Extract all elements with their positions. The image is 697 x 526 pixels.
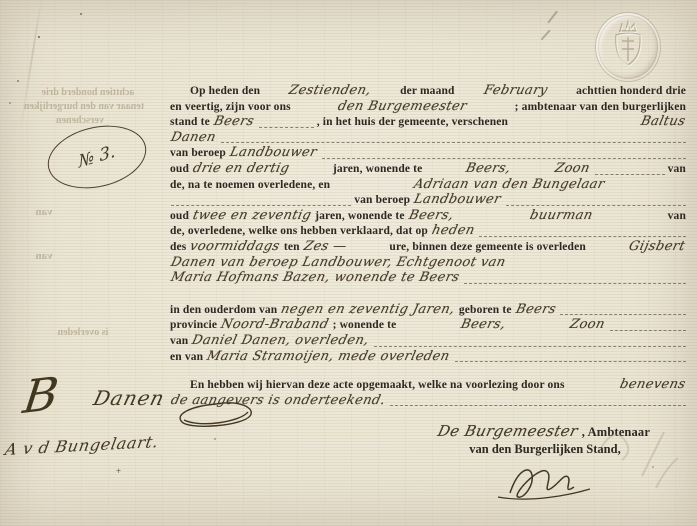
printed-text: stand te bbox=[170, 116, 210, 128]
printed-text: van bbox=[668, 163, 686, 175]
printed-text: van beroep bbox=[354, 194, 410, 206]
act-line: en veertig, zijn voor onsden Burgemeeste… bbox=[170, 99, 689, 115]
pencil-mark bbox=[547, 10, 557, 23]
bleedthrough-text: van bbox=[24, 250, 64, 263]
act-line: in den ouderdom vannegen en zeventig Jar… bbox=[170, 302, 689, 318]
fill-rule bbox=[506, 194, 686, 206]
act-line: van beroepLandbouwer bbox=[170, 145, 689, 161]
bleedthrough-text: verschenen bbox=[20, 114, 140, 127]
handwritten-text: Landbouwer bbox=[228, 145, 318, 161]
handwritten-text: Zoon bbox=[553, 161, 591, 177]
printed-text: En hebben wij hiervan deze acte opgemaak… bbox=[190, 379, 565, 391]
fill-rule bbox=[464, 272, 686, 284]
bleedthrough-text: is overleden bbox=[18, 326, 148, 339]
fill-rule bbox=[259, 116, 314, 128]
printed-text: de, na te noemen overledene, en bbox=[170, 179, 330, 191]
printed-text: van bbox=[668, 210, 686, 222]
embossed-crown-seal bbox=[596, 13, 660, 81]
handwritten-text: February bbox=[482, 83, 549, 99]
handwritten-text: Beers bbox=[212, 114, 255, 130]
printed-text: ; ambtenaar van den burgerlijken bbox=[515, 101, 686, 113]
printed-text: in den ouderdom van bbox=[170, 304, 277, 316]
fill-rule bbox=[322, 147, 686, 159]
printed-text: provincie bbox=[170, 319, 217, 331]
handwritten-text: Maria Stramoijen, mede overleden bbox=[205, 349, 451, 365]
fill-rule bbox=[595, 163, 665, 175]
handwritten-text: Danen bbox=[169, 130, 217, 146]
printed-text: der maand bbox=[400, 85, 455, 97]
handwritten-text: Adriaan van den Bungelaar bbox=[413, 177, 607, 193]
handwritten-text: den Burgemeester bbox=[337, 99, 469, 115]
handwritten-text: Baltus bbox=[639, 114, 687, 130]
act-line: Maria Hofmans Bazen, wonende te Beers bbox=[170, 270, 689, 286]
act-line: Op heden denZestienden,der maandFebruary… bbox=[170, 83, 689, 99]
handwritten-text: Noord-Braband bbox=[219, 317, 330, 333]
bleedthrough-scribbles bbox=[582, 410, 692, 506]
signature-declarant-1-initial: B bbox=[20, 366, 61, 424]
act-number: № 3. bbox=[78, 141, 116, 172]
fill-rule bbox=[479, 225, 686, 237]
handwritten-text: Zes — bbox=[302, 239, 348, 255]
act-body: Op heden denZestienden,der maandFebruary… bbox=[170, 83, 689, 408]
handwritten-text: negen en zeventig Jaren, bbox=[280, 302, 457, 318]
printed-text: ten bbox=[284, 241, 300, 253]
ink-mark: + bbox=[116, 466, 121, 476]
paper-specks bbox=[38, 36, 40, 38]
act-line: vanDaniel Danen, overleden, bbox=[170, 333, 689, 349]
handwritten-text: voormiddags bbox=[189, 239, 282, 255]
fill-rule bbox=[171, 194, 351, 206]
printed-text: , in het huis der gemeente, verschenen bbox=[317, 116, 508, 128]
act-line: en vanMaria Stramoijen, mede overleden bbox=[170, 349, 689, 365]
paraph-flourish bbox=[170, 398, 262, 432]
handwritten-text: Beers, bbox=[407, 208, 455, 224]
handwritten-text: Zoon bbox=[568, 317, 606, 333]
act-line: ouddrie en dertigjaren, wonende teBeers,… bbox=[170, 161, 689, 177]
handwritten-text: Zestienden, bbox=[287, 83, 372, 99]
fill-rule bbox=[390, 394, 686, 406]
handwritten-text: Landbouwer bbox=[412, 192, 502, 208]
fill-rule bbox=[374, 335, 686, 347]
handwritten-text: heden bbox=[430, 223, 476, 239]
printed-text: jaren, wonende te bbox=[315, 210, 405, 222]
signature-declarant-2: A v d Bungelaart. bbox=[3, 432, 160, 459]
handwritten-text: Danen van beroep Landbouwer, Echtgenoot … bbox=[169, 255, 507, 271]
printed-text: achttien honderd drie bbox=[576, 85, 686, 97]
bleedthrough-text: tenaar van den burgerlijken bbox=[6, 100, 162, 113]
act-line: En hebben wij hiervan deze acte opgemaak… bbox=[170, 377, 689, 393]
printed-text: en veertig, zijn voor ons bbox=[170, 101, 291, 113]
act-line: de, na te noemen overledene, enAdriaan v… bbox=[170, 177, 689, 193]
act-line: desvoormiddagstenZes —ure, binnen deze g… bbox=[170, 239, 689, 255]
handwritten-text: buurman bbox=[528, 208, 594, 224]
handwritten-text: Beers bbox=[514, 302, 557, 318]
printed-text: ; wonende te bbox=[333, 319, 397, 331]
printed-text: en van bbox=[170, 351, 203, 363]
handwritten-text: Gijsbert bbox=[627, 239, 687, 255]
printed-text: oud bbox=[170, 210, 189, 222]
pencil-mark bbox=[541, 29, 551, 40]
printed-text: Op heden den bbox=[190, 85, 260, 97]
death-certificate-page: achttien honderd drie tenaar van den bur… bbox=[0, 0, 697, 526]
crown-shield-emblem bbox=[604, 19, 652, 75]
bleedthrough-text: achttien honderd drie bbox=[14, 86, 162, 99]
printed-text: geboren te bbox=[459, 304, 512, 316]
printed-text: ure, binnen deze gemeente is overleden bbox=[389, 241, 585, 253]
handwritten-text: twee en zeventig bbox=[191, 208, 313, 224]
act-line: stand teBeers, in het huis der gemeente,… bbox=[170, 114, 689, 130]
act-line: Danen van beroep Landbouwer, Echtgenoot … bbox=[170, 255, 689, 271]
handwritten-text: Daniel Danen, overleden, bbox=[191, 333, 371, 349]
act-line: de, overledene, welke ons hebben verklaa… bbox=[170, 223, 689, 239]
handwritten-text: benevens bbox=[618, 377, 687, 393]
fill-rule bbox=[560, 303, 686, 315]
printed-text: des bbox=[170, 241, 186, 253]
act-line: oudtwee en zeventigjaren, wonende teBeer… bbox=[170, 208, 689, 224]
handwritten-text: Beers, bbox=[464, 161, 512, 177]
printed-text: oud bbox=[170, 163, 189, 175]
handwritten-text: drie en dertig bbox=[191, 161, 291, 177]
fill-rule bbox=[221, 131, 686, 143]
fill-rule bbox=[455, 350, 686, 362]
act-number-oval: № 3. bbox=[42, 117, 153, 198]
act-line: provincieNoord-Braband; wonende teBeers,… bbox=[170, 317, 689, 333]
burgemeester-handwritten: De Burgemeester bbox=[436, 422, 580, 440]
act-line: Danen bbox=[170, 130, 689, 146]
printed-text: van bbox=[170, 335, 188, 347]
handwritten-text: Maria Hofmans Bazen, wonende te Beers bbox=[169, 270, 461, 286]
printed-text: de, overledene, welke ons hebben verklaa… bbox=[170, 225, 428, 237]
signature-declarant-1-name: Danen bbox=[91, 386, 168, 410]
bleedthrough-text: van bbox=[24, 206, 64, 219]
fill-rule bbox=[610, 319, 686, 331]
handwritten-text: Beers, bbox=[459, 317, 507, 333]
printed-text: jaren, wonende te bbox=[333, 163, 423, 175]
printed-text: van beroep bbox=[170, 147, 226, 159]
act-line: van beroepLandbouwer bbox=[170, 192, 689, 208]
